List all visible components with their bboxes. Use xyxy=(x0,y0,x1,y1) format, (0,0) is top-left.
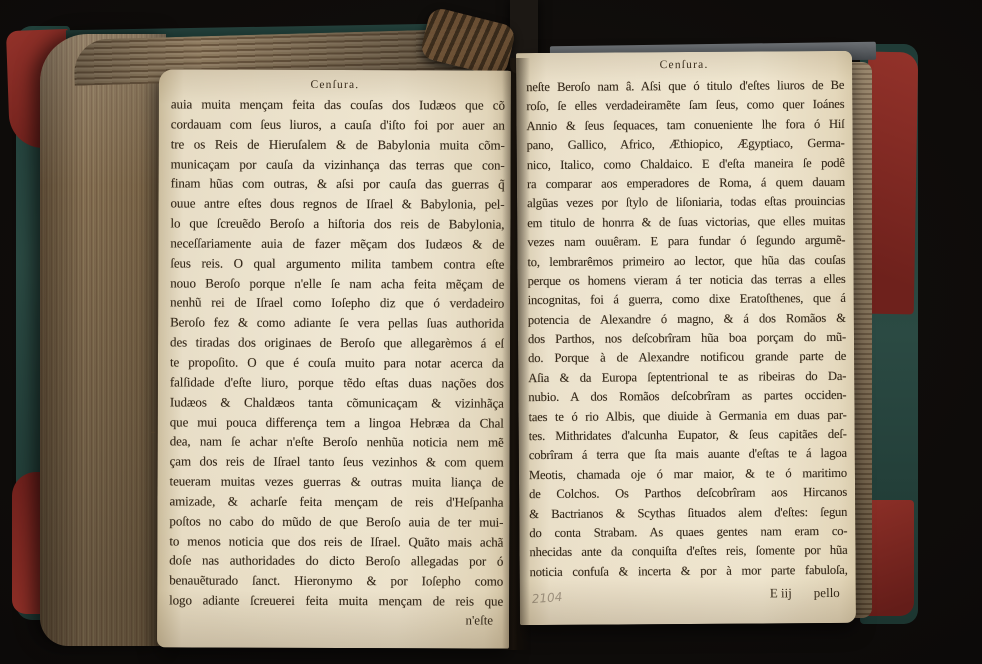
fore-edge-left xyxy=(40,34,166,646)
text-line: dea, nam ſe achar n'eſte Beroſo nenhũa n… xyxy=(170,432,504,453)
text-line: potencia de Alexandre ó magno, & á dos R… xyxy=(528,309,846,331)
text-line: roſo, ſe elles verdadeiramẽte ſam ſeus, … xyxy=(526,95,844,117)
text-line: dos Parthos, nos deſcobrîram hũa boa por… xyxy=(528,328,846,350)
text-line: teueram muitas vezes guerras & outras mu… xyxy=(170,471,504,492)
text-line: benauẽturado ſanct. Hieronymo & por Ioſe… xyxy=(169,571,503,592)
text-line: perque os homens vieram á ter noticia da… xyxy=(528,270,846,292)
text-line: nubio. A dos Romãos deſcobrîram as parte… xyxy=(528,386,846,408)
text-line: noticia confuſa & incerta & por à mor pa… xyxy=(530,561,848,583)
text-line: nico, Italico, como Chaldaico. E d'eſta … xyxy=(527,153,845,175)
text-line: çam dos reis de Iſrael tanto ſeus vezinh… xyxy=(170,452,504,473)
text-line: neſte Beroſo nam â. Aſsi que ó titulo d'… xyxy=(526,76,844,98)
text-line: falſidade d'eſte liuro, porque tẽdo eſta… xyxy=(170,372,504,393)
text-line: Annio & ſeus ſequaces, tam conueniente l… xyxy=(526,115,844,137)
text-line: algũas vezes por ſtylo de liſoniaria, to… xyxy=(527,192,845,214)
photo-background: Cenſura. auia muita mençam feita das cou… xyxy=(0,0,982,664)
text-line: de Colchos. Os Parthos deſcobrîram aos H… xyxy=(529,483,847,505)
text-line: vezes nam ouuêram. E para fundar ó ſegun… xyxy=(527,231,845,253)
text-line: doſe nas authoridades do dicto Beroſo al… xyxy=(169,551,503,572)
signature-mark: E iij xyxy=(770,585,792,601)
left-page: Cenſura. auia muita mençam feita das cou… xyxy=(157,69,511,648)
right-page: Cenſura. neſte Beroſo nam â. Aſsi que ó … xyxy=(516,51,856,625)
text-line: auia muita mençam feita das couſas dos I… xyxy=(171,94,505,115)
right-page-footer: 2104 E iij pello xyxy=(530,585,848,609)
text-line: poſtos no cabo do mũdo de que Beroſo aui… xyxy=(169,511,503,532)
margin-mark: - xyxy=(151,423,155,439)
text-line: & Bactrianos & Scythas ſituados alem d'e… xyxy=(529,502,847,524)
text-line: Meotis, chamada oje ó mar maior, & te ó … xyxy=(529,464,847,486)
text-line: taes te ó rio Albis, que diuide à German… xyxy=(528,406,846,428)
text-line: do. Porque à de Alexandre notificou gran… xyxy=(528,347,846,369)
text-line: to, lembrarêmos primeiro ao lector, que … xyxy=(527,250,845,272)
text-line: Beroſo fez & como adiante ſe vera pellas… xyxy=(170,313,504,334)
catchword-right: pello xyxy=(814,585,840,601)
catchword-left: n'eſte xyxy=(465,612,493,628)
pencil-annotation: 2104 xyxy=(531,590,563,606)
text-line: finam hũas com outras, & aſsi por cauſa … xyxy=(171,174,505,195)
text-line: to menos noticia que dos reis de Iſrael.… xyxy=(169,531,503,552)
text-line: des tiradas dos originaes de Beroſo que … xyxy=(170,333,504,354)
text-line: nenhũ rei de Iſrael como Ioſepho diz que… xyxy=(170,293,504,314)
right-page-text: neſte Beroſo nam â. Aſsi que ó titulo d'… xyxy=(526,76,848,582)
text-line: tes. Mithridates d'alcunha Eupator, & ſe… xyxy=(529,425,847,447)
text-line: pano, Gallico, Africo, Æthiopico, Ægypti… xyxy=(527,134,845,156)
text-line: logo adiante ſcreuerei feita muita mença… xyxy=(169,591,503,612)
text-line: ſeus reis. O qual argumento milita tambe… xyxy=(170,253,504,274)
text-line: amizade, & acharſe feita mençam de reis … xyxy=(169,491,503,512)
text-line: tre os Reis de Hieruſalem & de Babylonia… xyxy=(171,134,505,155)
running-head-left: Cenſura. xyxy=(159,78,511,91)
text-line: nouo Beroſo porque n'elle ſe nam acha fe… xyxy=(170,273,504,294)
text-line: nhecidas ante da conquiſta d'eſtes reis,… xyxy=(529,541,847,563)
text-line: te propoſito. O que é couſa muito para n… xyxy=(170,352,504,373)
running-head-right: Cenſura. xyxy=(516,58,852,72)
text-line: cobrîram á terra que ſta mais auante d'e… xyxy=(529,444,847,466)
text-line: que mui pouca differença tem a lingoa He… xyxy=(170,412,504,433)
text-line: lo que ſcreuẽdo Beroſo a hiſtoria dos re… xyxy=(170,213,504,234)
text-line: incognitas, foi á guerra, como dixe Erat… xyxy=(528,289,846,311)
text-line: ra comparar aos emperadores de Roma, á q… xyxy=(527,173,845,195)
text-line: Iudæos & Chaldæos tanta cõmunicaçam & vi… xyxy=(170,392,504,413)
text-line: municaçam por cauſa da vizinhança das te… xyxy=(171,154,505,175)
text-line: cordauam com ſeus liuros, a cauſa d'iſto… xyxy=(171,114,505,135)
text-line: Aſia & da Europa ſeptentrional te as rib… xyxy=(528,367,846,389)
text-line: do conta Strabam. As quaes gentes nam er… xyxy=(529,522,847,544)
text-line: ouue antre eſtes dous regnos de Iſrael &… xyxy=(171,194,505,215)
left-page-text: auia muita mençam feita das couſas dos I… xyxy=(169,94,505,611)
text-line: neceſſariamente auia de fazer mẽçam dos … xyxy=(170,233,504,254)
text-line: em titulo de honrra & de ſuas victorias,… xyxy=(527,212,845,234)
